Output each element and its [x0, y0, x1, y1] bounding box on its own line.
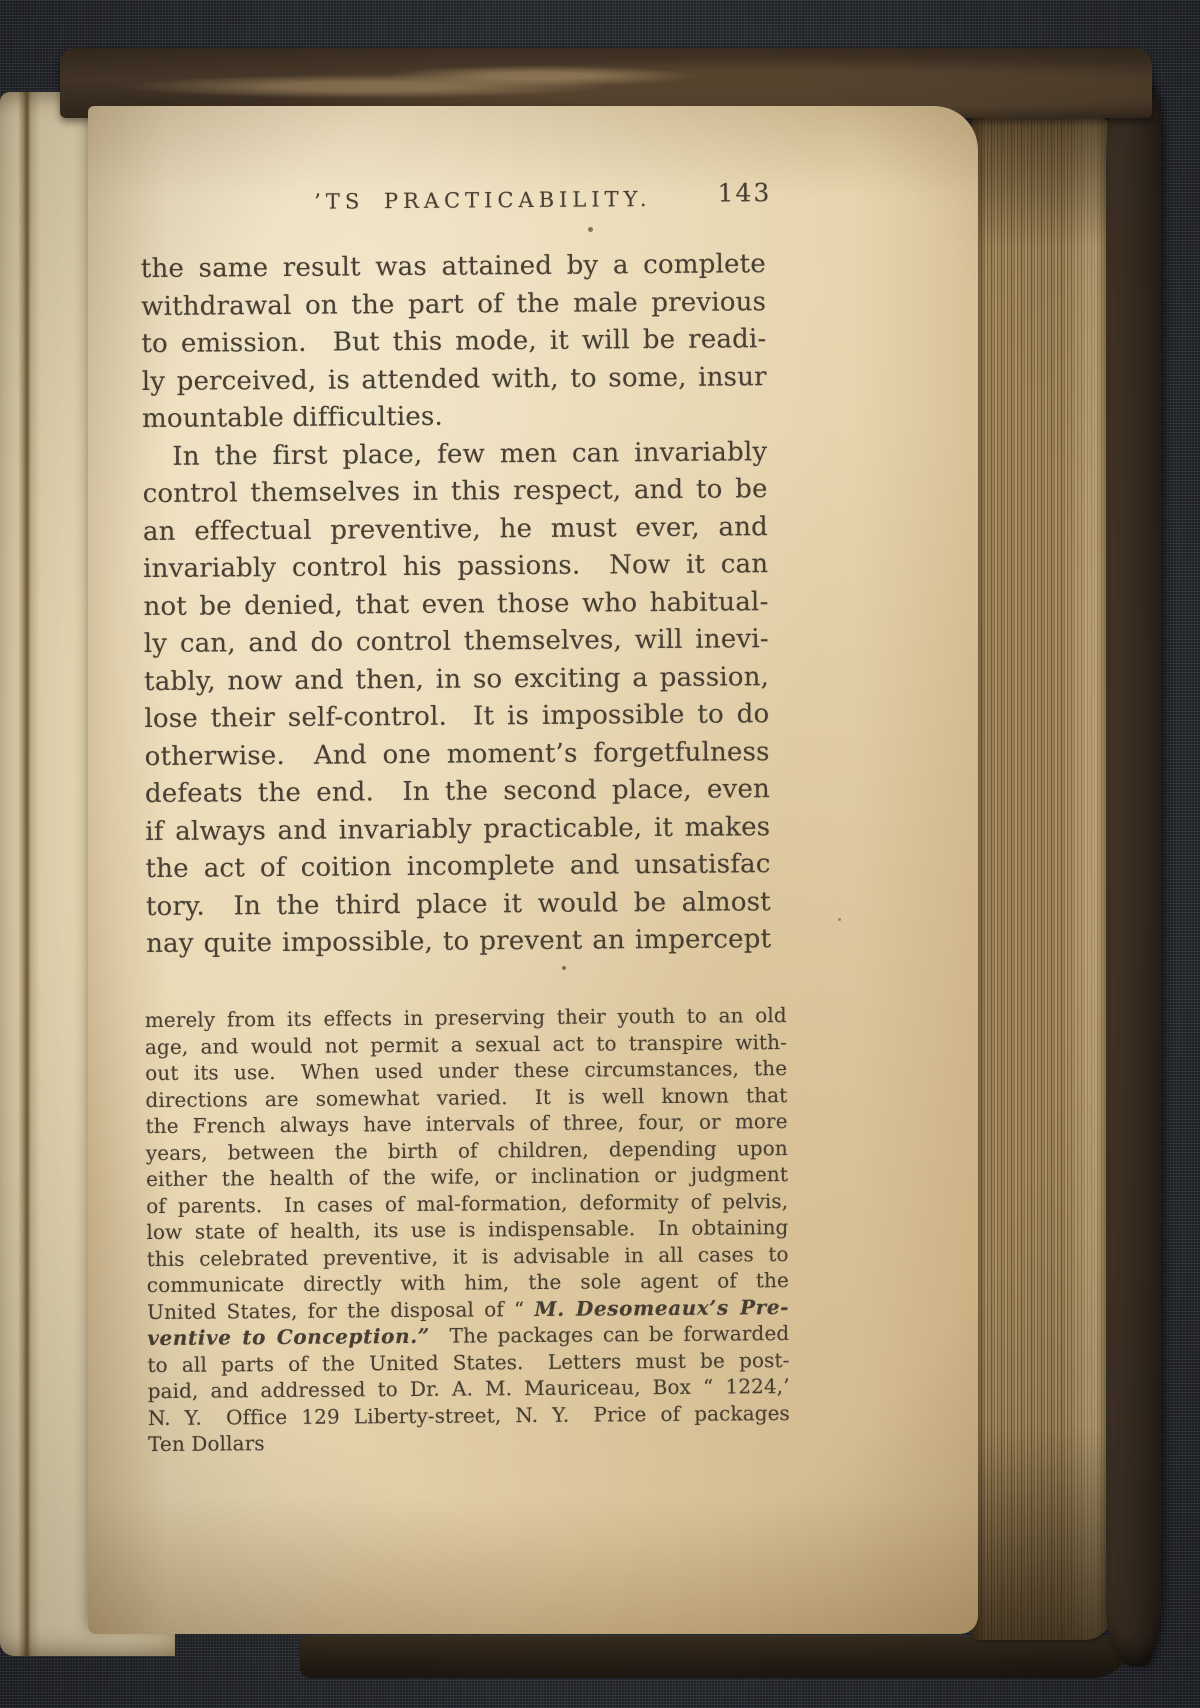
text-line: nay quite impossible, to prevent an impe…: [146, 921, 771, 963]
text-line: if always and invariably practicable, it…: [145, 809, 770, 851]
italic-text: ventive to Conception.”: [147, 1324, 430, 1350]
page-number: 143: [717, 178, 771, 207]
text-line: defeats the end. In the second place, ev…: [145, 771, 770, 813]
italic-text: M. Desomeaux’s Pre-: [534, 1295, 789, 1321]
plain-text: United States, for the disposal of “: [147, 1297, 535, 1324]
plain-text: The packages can be forwarded: [430, 1321, 790, 1348]
text-line: otherwise. And one moment’s forgetfulnes…: [145, 734, 770, 776]
text-line: tory. In the third place it would be alm…: [146, 884, 771, 926]
ink-speck: [562, 966, 566, 970]
text-line: In the first place, few men can invariab…: [142, 434, 767, 476]
text-line: Ten Dollars: [148, 1426, 790, 1458]
text-line: N. Y. Office 129 Liberty-street, N. Y. P…: [148, 1400, 790, 1432]
text-line: to emission. But this mode, it will be r…: [141, 321, 766, 363]
text-line: tably, now and then, in so exciting a pa…: [144, 659, 769, 701]
leather-cover-edge: [1106, 74, 1162, 1666]
text-line: ly perceived, is attended with, to some,…: [142, 359, 767, 401]
page-content: ’TS PRACTICABILITY. 143 the same result …: [83, 103, 985, 1638]
page-fore-edge-stack: [972, 112, 1114, 1640]
text-line: lose their self-control. It is impossibl…: [144, 696, 769, 738]
text-line: control themselves in this respect, and …: [142, 471, 767, 513]
text-line: an effectual preventive, he must ever, a…: [143, 509, 768, 551]
text-line: invariably control his passions. Now it …: [143, 546, 768, 588]
text-line: not be denied, that even those who habit…: [143, 584, 768, 626]
body-text-block: the same result was attained by a comple…: [141, 246, 772, 963]
text-line: ly can, and do control themselves, will …: [144, 621, 769, 663]
text-line: mountable difficulties.: [142, 396, 767, 438]
running-head: ’TS PRACTICABILITY. 143: [140, 186, 765, 225]
ink-speck: [588, 227, 593, 232]
scanned-book-photo: ’TS PRACTICABILITY. 143 the same result …: [0, 0, 1200, 1708]
text-line: the act of coition incomplete and unsati…: [145, 846, 770, 888]
running-title: ’TS PRACTICABILITY.: [140, 186, 765, 215]
book-bottom-edge: [300, 1636, 1130, 1678]
footnote-text-block: merely from its effects in preserving th…: [145, 1002, 791, 1458]
text-line: withdrawal on the part of the male previ…: [141, 284, 766, 326]
text-line: the same result was attained by a comple…: [141, 246, 766, 288]
ink-speck: [838, 918, 841, 921]
book-page: ’TS PRACTICABILITY. 143 the same result …: [88, 106, 978, 1634]
